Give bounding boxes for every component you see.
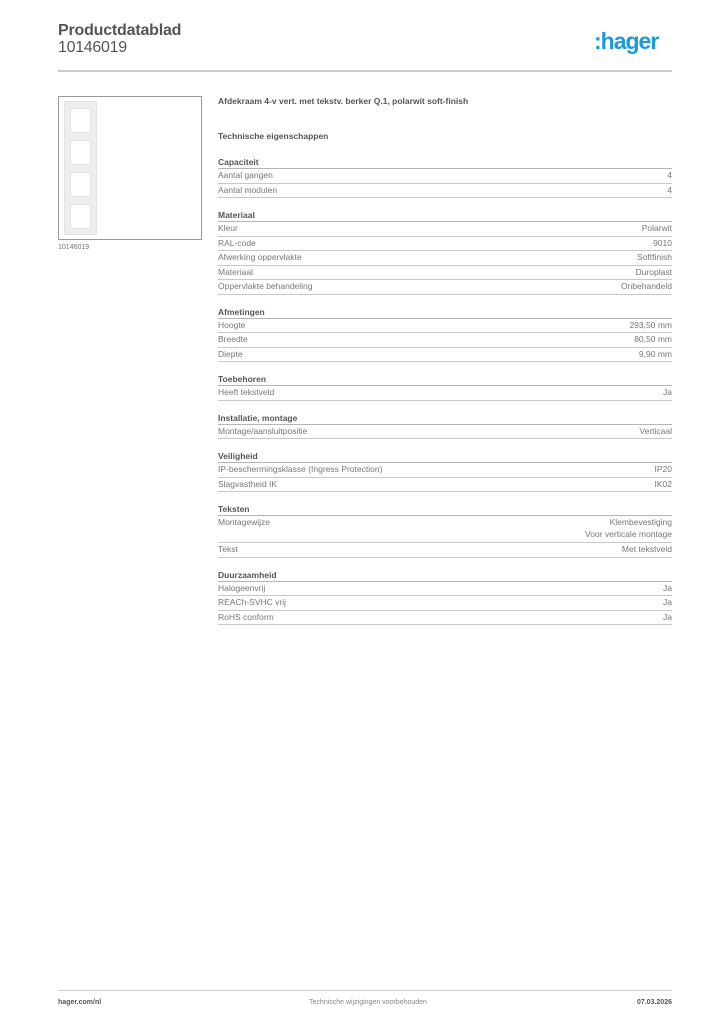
spec-value: 9,90 mm (639, 348, 672, 362)
image-caption: 10146019 (58, 244, 89, 251)
spec-value: Softfinish (637, 251, 672, 265)
group-title: Installatie, montage (218, 412, 672, 425)
spec-label: Tekst (218, 543, 238, 557)
footer-date: 07.03.2026 (637, 999, 672, 1006)
section-title: Technische eigenschappen (218, 131, 672, 156)
spec-row: RoHS conformJa (218, 611, 672, 626)
spec-group: VeiligheidIP-beschermingsklasse (Ingress… (218, 450, 672, 492)
spec-row: TekstMet tekstveld (218, 543, 672, 558)
frame-opening (70, 108, 91, 133)
product-description: Afdekraam 4-v vert. met tekstv. berker Q… (218, 96, 672, 131)
spec-label: Heeft tekstveld (218, 386, 274, 400)
spec-value: Met tekstveld (622, 543, 672, 557)
footer-divider (58, 990, 672, 991)
spec-label: Breedte (218, 333, 248, 347)
spec-label: IP-beschermingsklasse (Ingress Protectio… (218, 463, 382, 477)
spec-row: Breedte80,50 mm (218, 333, 672, 348)
spec-label: Materiaal (218, 266, 253, 280)
spec-group: ToebehorenHeeft tekstveldJa (218, 373, 672, 401)
group-title: Toebehoren (218, 373, 672, 386)
spec-value: IP20 (655, 463, 673, 477)
spec-group: DuurzaamheidHalogeenvrijJaREACh-SVHC vri… (218, 569, 672, 626)
spec-value: Onbehandeld (621, 280, 672, 294)
spec-value: 4 (667, 184, 672, 198)
spec-row: MontagewijzeKlembevestiging Voor vertica… (218, 516, 672, 543)
spec-row: Diepte9,90 mm (218, 348, 672, 363)
spec-label: Slagvastheid IK (218, 478, 277, 492)
specifications: Afdekraam 4-v vert. met tekstv. berker Q… (218, 96, 672, 636)
spec-value: 9010 (653, 237, 672, 251)
spec-label: RoHS conform (218, 611, 274, 625)
frame-opening (70, 172, 91, 197)
spec-value: Polarwit (642, 222, 672, 236)
spec-value: Verticaal (639, 425, 672, 439)
spec-value: Ja (663, 582, 672, 596)
spec-row: Oppervlakte behandelingOnbehandeld (218, 280, 672, 295)
spec-label: Aantal modulen (218, 184, 277, 198)
spec-label: RAL-code (218, 237, 256, 251)
frame-opening (70, 204, 91, 229)
group-title: Teksten (218, 503, 672, 516)
spec-value: IK02 (655, 478, 673, 492)
spec-label: Afwerking oppervlakte (218, 251, 302, 265)
spec-row: MateriaalDuroplast (218, 266, 672, 281)
spec-row: Aantal gangen4 (218, 169, 672, 184)
spec-value: 4 (667, 169, 672, 183)
spec-value: Ja (663, 611, 672, 625)
spec-group: MateriaalKleurPolarwitRAL-code9010Afwerk… (218, 209, 672, 295)
spec-label: Hoogte (218, 319, 245, 333)
hager-logo: :hager (594, 28, 658, 55)
spec-value: Duroplast (636, 266, 672, 280)
spec-label: Oppervlakte behandeling (218, 280, 313, 294)
spec-value: 80,50 mm (634, 333, 672, 347)
spec-row: Heeft tekstveldJa (218, 386, 672, 401)
spec-label: Kleur (218, 222, 238, 236)
spec-row: Montage/aansluitpositieVerticaal (218, 425, 672, 440)
spec-row: Aantal modulen4 (218, 184, 672, 199)
spec-value: Ja (663, 386, 672, 400)
product-image (58, 96, 202, 240)
spec-label: Montage/aansluitpositie (218, 425, 307, 439)
spec-row: REACh-SVHC vrijJa (218, 596, 672, 611)
spec-row: Hoogte293,50 mm (218, 319, 672, 334)
spec-label: REACh-SVHC vrij (218, 596, 286, 610)
spec-group: AfmetingenHoogte293,50 mmBreedte80,50 mm… (218, 306, 672, 363)
spec-row: RAL-code9010 (218, 237, 672, 252)
spec-groups: CapaciteitAantal gangen4Aantal modulen4M… (218, 156, 672, 625)
spec-group: Installatie, montageMontage/aansluitposi… (218, 412, 672, 440)
header-divider (58, 70, 672, 72)
group-title: Veiligheid (218, 450, 672, 463)
group-title: Materiaal (218, 209, 672, 222)
spec-label: Aantal gangen (218, 169, 273, 183)
group-title: Capaciteit (218, 156, 672, 169)
spec-row: Afwerking oppervlakteSoftfinish (218, 251, 672, 266)
document-title: Productdatablad (58, 22, 181, 40)
group-title: Duurzaamheid (218, 569, 672, 582)
spec-value: Ja (663, 596, 672, 610)
product-number: 10146019 (58, 39, 127, 57)
spec-label: Diepte (218, 348, 243, 362)
spec-value: Klembevestiging Voor verticale montage (585, 517, 672, 540)
group-title: Afmetingen (218, 306, 672, 319)
footer-disclaimer: Technische wijzigingen voorbehouden (0, 999, 724, 1006)
spec-group: CapaciteitAantal gangen4Aantal modulen4 (218, 156, 672, 198)
spec-row: HalogeenvrijJa (218, 582, 672, 597)
spec-row: KleurPolarwit (218, 222, 672, 237)
cover-frame-illustration (64, 101, 97, 235)
spec-value: 293,50 mm (629, 319, 672, 333)
spec-row: IP-beschermingsklasse (Ingress Protectio… (218, 463, 672, 478)
spec-row: Slagvastheid IKIK02 (218, 478, 672, 493)
spec-label: Montagewijze (218, 517, 270, 529)
spec-group: TekstenMontagewijzeKlembevestiging Voor … (218, 503, 672, 558)
frame-opening (70, 140, 91, 165)
spec-label: Halogeenvrij (218, 582, 265, 596)
